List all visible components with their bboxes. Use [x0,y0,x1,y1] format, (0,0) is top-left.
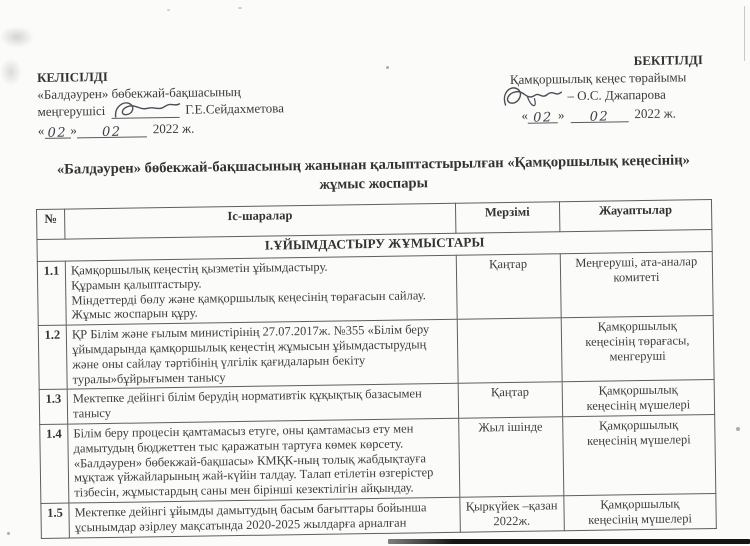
work-plan-table: № Іс-шаралар Мерзімі Жауаптылар І.ҰЙЫМДА… [36,199,717,539]
handwritten-month: 02 [102,125,122,140]
scanner-edge-line [744,6,745,61]
approval-left-role: меңгерушісі [37,102,105,120]
handwritten-day: 02 [47,126,67,141]
table-row: 1.4 Білім беру процесін қамтамасыз етуге… [40,414,716,503]
scan-speck [386,66,389,69]
scan-speck [736,427,740,431]
signature-area-right [497,89,561,105]
approval-right-name: – О.С. Джапарова [567,86,666,104]
row-term [457,318,562,384]
row-responsible: Меңгеруші, ата-аналар комитеті [560,251,713,317]
row-activity: Қамқоршылық кеңестің қызметін ұйымдастыр… [65,255,456,325]
row-term: Жыл ішінде [458,417,563,498]
column-header-responsible: Жауаптылар [559,200,712,232]
row-number: 1.2 [38,325,67,390]
row-responsible: Қамқоршылық кеңесінің мүшелері [564,493,717,530]
row-term: Қыркүйек –қазан 2022ж. [459,496,564,532]
scanned-document-page: КЕЛІСІЛДІ «Балдәурен» бөбекжай-бақшасыны… [0,0,750,546]
column-header-number: № [37,209,65,239]
document-title: «Балдәурен» бөбекжай-бақшасының жанынан … [0,150,749,199]
approval-block-right: БЕКІТІЛДІ Қамқоршылық кеңес төрайымы – О… [485,51,712,124]
document-content: КЕЛІСІЛДІ «Балдәурен» бөбекжай-бақшасыны… [0,0,750,546]
row-number: 1.1 [37,261,66,326]
scan-speck [167,9,170,11]
approval-left-signature-line: меңгерушісі Г.Е.Сейдахметова [37,99,337,120]
row-activity: Мектепке дейінгі ұйымды дамытудың басым … [69,497,460,537]
row-responsible: Қамқоршылық кеңесінің мүшелері [562,414,715,495]
row-activity: Мектепке дейінгі білім берудің нормативт… [67,384,458,424]
row-responsible: Қамқоршылық кеңесінің төрағасы, менгеруш… [561,316,714,382]
table-row: 1.1 Қамқоршылық кеңестің қызметін ұйымда… [37,251,713,325]
handwritten-month: 02 [590,110,610,125]
row-number: 1.5 [41,503,70,538]
row-number: 1.4 [40,424,69,503]
row-term: Қаңтар [458,382,563,418]
approval-right-signature-line: – О.С. Джапарова [485,85,711,105]
scan-speck [238,7,242,9]
approval-left-year: 2022 ж. [153,121,195,137]
scan-speck [7,532,10,535]
table-row: 1.2 ҚР Білім және ғылым министірінің 27.… [38,316,714,390]
signature-scribble-icon [111,97,181,122]
table-body: 1.1 Қамқоршылық кеңестің қызметін ұйымда… [37,251,716,538]
row-activity: ҚР Білім және ғылым министірінің 27.07.2… [66,319,457,389]
scanner-edge-bar [388,539,750,544]
approval-right-year: 2022 ж. [634,106,676,122]
signature-area-left [111,103,179,119]
approval-left-name: Г.Е.Сейдахметова [185,99,284,117]
column-header-term: Мерзімі [455,202,560,234]
approval-left-date: «02»022022 ж. [38,118,338,139]
row-responsible: Қамқоршылық кеңесінің мүшелері [562,380,715,417]
signature-scribble-icon [497,80,563,113]
row-activity: Білім беру процесін қамтамасыз етуге, он… [68,418,460,503]
row-term: Қаңтар [456,254,561,320]
row-number: 1.3 [39,389,68,424]
handwritten-day: 02 [533,110,553,125]
approval-block-left: КЕЛІСІЛДІ «Балдәурен» бөбекжай-бақшасыны… [37,65,338,139]
